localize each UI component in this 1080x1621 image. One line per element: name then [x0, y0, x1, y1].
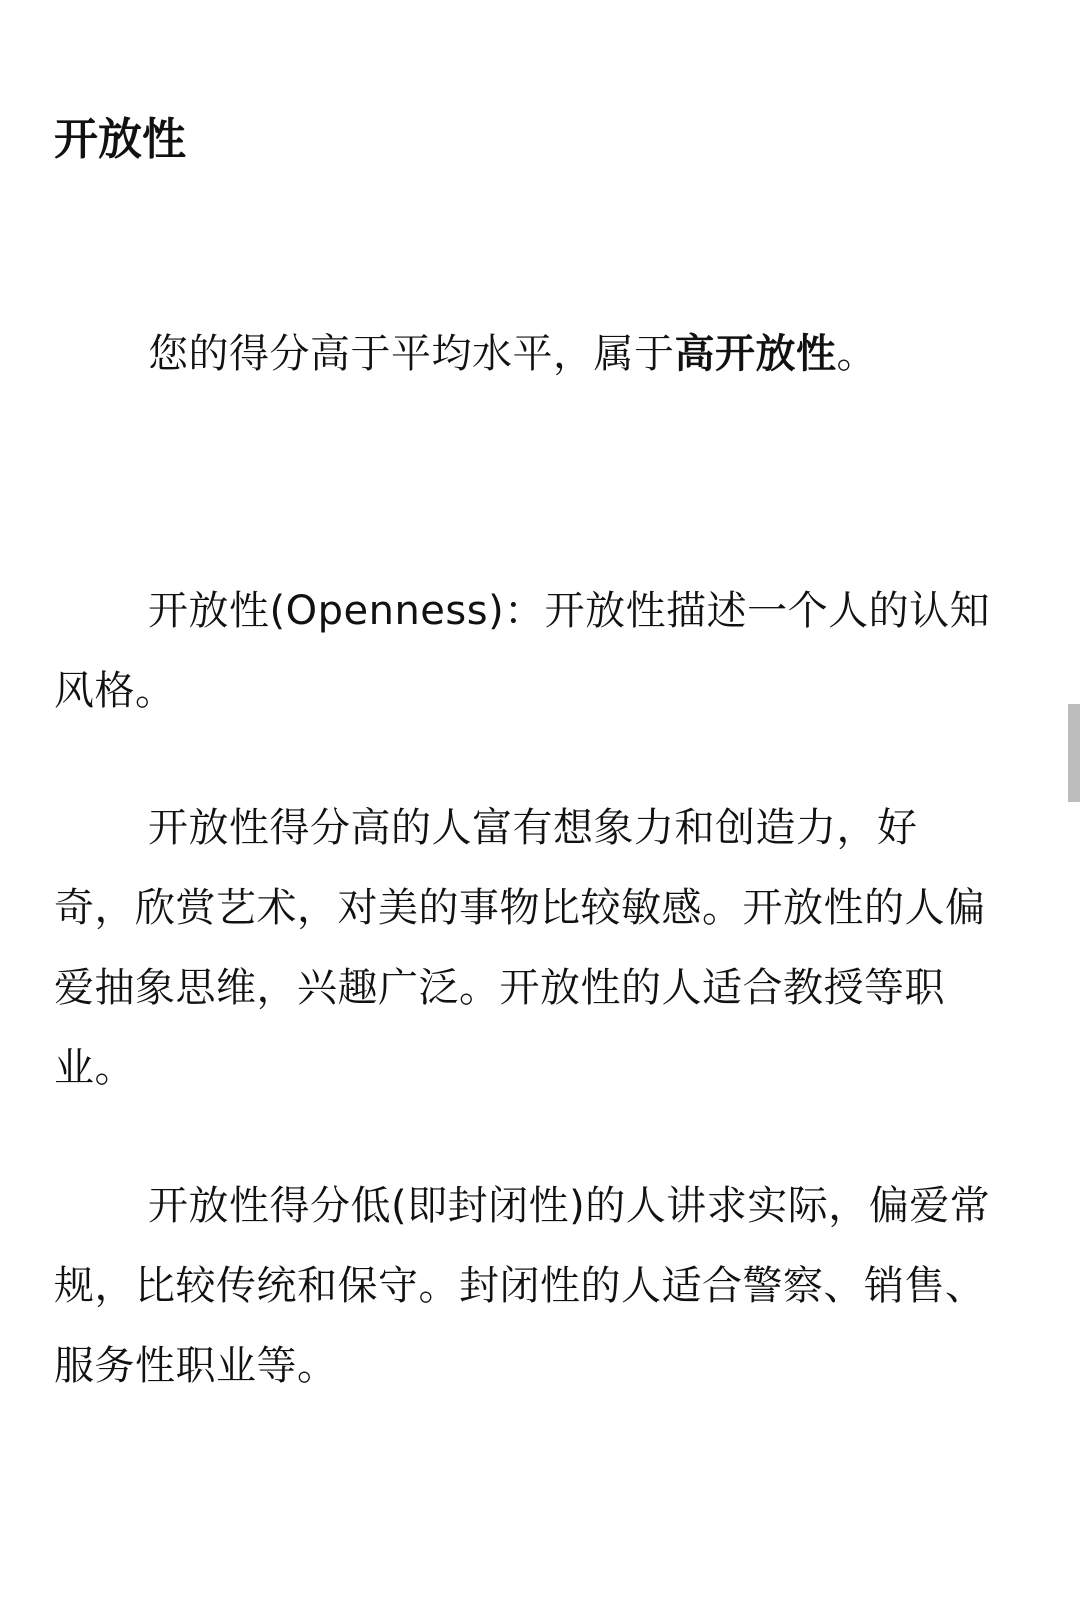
document-page: 开放性 您的得分高于平均水平，属于高开放性。 开放性(Openness)：开放性…: [0, 0, 1080, 1621]
high-openness-paragraph: 开放性得分高的人富有想象力和创造力，好奇，欣赏艺术，对美的事物比较敏感。开放性的…: [54, 788, 994, 1108]
vertical-scrollbar-thumb[interactable]: [1068, 704, 1080, 802]
low-openness-paragraph: 开放性得分低(即封闭性)的人讲求实际，偏爱常规，比较传统和保守。封闭性的人适合警…: [54, 1166, 994, 1406]
definition-paragraph: 开放性(Openness)：开放性描述一个人的认知风格。: [54, 571, 994, 731]
summary-suffix: 。: [837, 331, 878, 377]
section-title: 开放性: [54, 112, 186, 168]
score-summary: 您的得分高于平均水平，属于高开放性。: [54, 314, 994, 394]
summary-prefix: 您的得分高于平均水平，属于: [148, 331, 675, 377]
summary-level: 高开放性: [675, 331, 837, 377]
